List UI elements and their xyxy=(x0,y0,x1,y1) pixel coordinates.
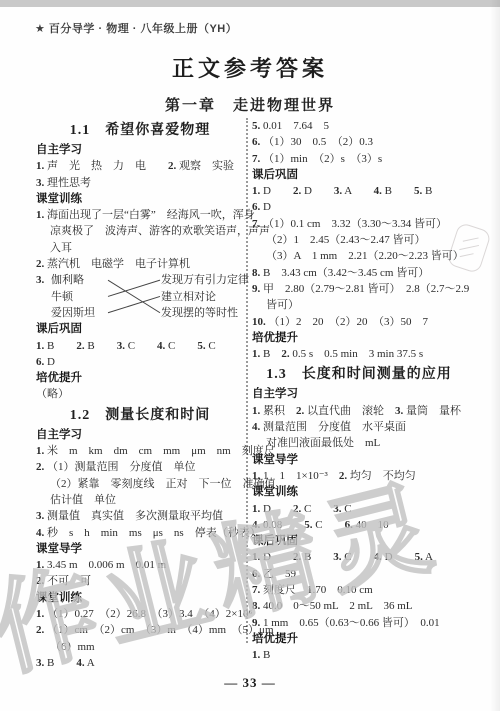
answer-line: 2. 不可 可 xyxy=(36,573,244,589)
item-number: 3. xyxy=(117,340,125,352)
answer-line: 9. 甲 2.80（2.79～2.81 皆可） 2.8（2.7～2.9 xyxy=(252,281,466,297)
match-left-label: 牛顿 xyxy=(51,289,107,305)
item-number: 5. xyxy=(414,185,422,197)
section-heading: 培优提升 xyxy=(252,631,466,647)
section-heading: 培优提升 xyxy=(36,370,244,386)
section-heading: 课后巩固 xyxy=(252,167,466,183)
answer-line: 2. （1）cm （2）cm （3）m （4）mm （5）μm xyxy=(36,622,244,638)
match-left-label: 爱因斯坦 xyxy=(51,305,107,321)
item-number: 7. xyxy=(252,584,260,596)
answer-line: 皆可） xyxy=(252,297,466,313)
subsection-title: 1.3 长度和时间测量的应用 xyxy=(252,362,466,386)
item-number: 2. xyxy=(168,160,176,172)
answer-line: （2）紧靠 零刻度线 正对 下一位 准确值 xyxy=(36,476,244,492)
item-number: 2. xyxy=(339,470,347,482)
item-number: 4. xyxy=(157,340,165,352)
answer-line: 3. 理性思考 xyxy=(36,175,244,191)
item-number: 1. xyxy=(36,160,44,172)
answer-line: 1. 3.45 m 0.006 m 0.01 m xyxy=(36,557,244,573)
answer-line: 7. （1）min （2）s （3）s xyxy=(252,151,466,167)
section-heading: 自主学习 xyxy=(36,427,244,443)
item-number: 2. xyxy=(36,624,44,636)
answer-line: 6. （1）30 0.5 （2）0.3 xyxy=(252,134,466,150)
item-number: 1. xyxy=(252,503,260,515)
section-heading: 培优提升 xyxy=(252,330,466,346)
item-number: 7. xyxy=(252,153,260,165)
item-number: 4. xyxy=(374,185,382,197)
answer-line: 1. B xyxy=(252,647,466,663)
answer-line: 1. 米 m km dm cm mm μm nm 刻度尺 xyxy=(36,443,244,459)
item-number: 5. xyxy=(415,551,423,563)
item-number: 5. xyxy=(197,340,205,352)
item-number: 6. xyxy=(252,136,260,148)
scan-top-edge xyxy=(0,0,500,7)
answer-line: 7. 刻度尺 1.70 0.10 cm xyxy=(252,582,466,598)
answer-line: 1. B 2. B 3. C 4. C 5. C xyxy=(36,338,244,354)
answer-line: 1. 声 光 热 力 电 2. 观察 实验 xyxy=(36,158,244,174)
section-heading: 自主学习 xyxy=(36,142,244,158)
item-number: 1. xyxy=(36,340,44,352)
section-heading: 课堂训练 xyxy=(36,191,244,207)
item-number: 5. xyxy=(252,120,260,132)
answer-line: 8. 40.0 0～50 mL 2 mL 36 mL xyxy=(252,598,466,614)
subsection-title: 1.2 测量长度和时间 xyxy=(36,403,244,427)
item-number: 1. xyxy=(252,348,260,360)
item-number: 3. xyxy=(36,657,44,669)
answer-line: 1. 累积 2. 以直代曲 滚轮 3. 量筒 量杯 xyxy=(252,403,466,419)
answer-line: 3. 测量值 真实值 多次测量取平均值 xyxy=(36,508,244,524)
answer-line: 2. （1）测量范围 分度值 单位 xyxy=(36,459,244,475)
answer-line: 估计值 单位 xyxy=(36,492,244,508)
item-number: 1. xyxy=(252,470,260,482)
stamp-mark xyxy=(463,237,479,241)
item-number: 8. xyxy=(252,600,260,612)
item-number: 9. xyxy=(252,283,260,295)
item-number: 2. xyxy=(281,348,289,360)
item-number: 2. xyxy=(36,258,44,270)
page-number: — 33 — xyxy=(0,675,500,691)
answer-line: 6. D xyxy=(36,354,244,370)
book-header: ★ 百分导学 · 物理 · 八年级上册（YH） xyxy=(35,20,237,36)
item-number: 2. xyxy=(293,503,301,515)
answer-line: 8. B 3.43 cm（3.42～3.45 cm 皆可） xyxy=(252,265,466,281)
section-heading: 自主学习 xyxy=(252,386,466,402)
match-left-column: 伽利略牛顿爱因斯坦 xyxy=(51,272,107,321)
item-number: 6. xyxy=(345,519,353,531)
chapter-title: 第一章 走进物理世界 xyxy=(0,94,500,115)
item-number: 9. xyxy=(252,617,260,629)
item-number: 1. xyxy=(252,551,260,563)
item-number: 2. xyxy=(296,405,304,417)
answer-line: 4. 0.08 5. C 6. 40 10 xyxy=(252,517,466,533)
subsection-title: 1.1 希望你喜爱物理 xyxy=(36,118,244,142)
answer-line: 9. 1 mm 0.65（0.63～0.66 皆可） 0.01 xyxy=(252,615,466,631)
answer-line: 3. B 4. A xyxy=(36,655,244,671)
item-number: 2. xyxy=(36,461,44,473)
answer-line: 4. 秒 s h min ms μs ns 停表（秒表） xyxy=(36,525,244,541)
match-right-label: 发现万有引力定律 xyxy=(161,272,249,288)
answer-line: （略） xyxy=(36,386,244,402)
match-right-column: 发现万有引力定律建立相对论发现摆的等时性 xyxy=(161,272,249,321)
section-heading: 课堂训练 xyxy=(36,590,244,606)
stamp-mark xyxy=(460,253,474,257)
answer-line: 1. D 2. B 3. C 4. D 5. A xyxy=(252,549,466,565)
item-number: 4. xyxy=(76,657,84,669)
page-title: 正文参考答案 xyxy=(0,52,500,83)
column-left: 1.1 希望你喜爱物理自主学习1. 声 光 热 力 电 2. 观察 实验3. 理… xyxy=(36,118,244,671)
item-number: 8. xyxy=(252,267,260,279)
answer-line: 4. 测量范围 分度值 水平桌面 xyxy=(252,419,466,435)
match-exercise: 3.伽利略牛顿爱因斯坦发现万有引力定律建立相对论发现摆的等时性 xyxy=(36,272,244,321)
match-right-label: 建立相对论 xyxy=(161,289,249,305)
match-right-label: 发现摆的等时性 xyxy=(161,305,249,321)
section-heading: 课后巩固 xyxy=(252,533,466,549)
answer-line: 1. D 2. D 3. A 4. B 5. B xyxy=(252,183,466,199)
item-number: 3. xyxy=(36,177,44,189)
item-number: 3. xyxy=(334,185,342,197)
item-number: 6. xyxy=(252,201,260,213)
answer-line: 10. （1）2 20 （2）20 （3）50 7 xyxy=(252,314,466,330)
answer-line: （3）A 1 mm 2.21（2.20～2.23 皆可） xyxy=(252,248,466,264)
item-number: 4. xyxy=(36,527,44,539)
item-number: 2. xyxy=(76,340,84,352)
answer-line: 6. D xyxy=(252,199,466,215)
item-number: 4. xyxy=(252,421,260,433)
item-number: 2. xyxy=(293,185,301,197)
answer-line: 2. 蒸汽机 电磁学 电子计算机 xyxy=(36,256,244,272)
item-number: 7. xyxy=(252,218,260,230)
item-number: 1. xyxy=(252,649,260,661)
match-left-label: 伽利略 xyxy=(51,272,107,288)
item-number: 6. xyxy=(36,356,44,368)
answer-line: 1. D 2. C 3. C xyxy=(252,501,466,517)
section-heading: 课堂导学 xyxy=(36,541,244,557)
item-number: 1. xyxy=(252,405,260,417)
section-heading: 课后巩固 xyxy=(36,321,244,337)
item-number: 3. xyxy=(36,510,44,522)
item-number: 4. xyxy=(374,551,382,563)
match-lines xyxy=(107,272,161,321)
column-divider xyxy=(246,118,248,643)
answer-line: 7. （1）0.1 cm 3.32（3.30～3.34 皆可） xyxy=(252,216,466,232)
answer-line: 5. 0.01 7.64 5 xyxy=(252,118,466,134)
answer-line: 1. （1）0.27 （2）26.8 （3）3.4 （4）2×10⁶ xyxy=(36,606,244,622)
section-heading: 课堂训练 xyxy=(252,484,466,500)
section-heading: 课堂导学 xyxy=(252,452,466,468)
item-number: 6. xyxy=(252,568,260,580)
item-number: 3. xyxy=(36,272,51,321)
item-number: 3. xyxy=(395,405,403,417)
answer-line: 1. B 2. 0.5 s 0.5 min 3 min 37.5 s xyxy=(252,346,466,362)
item-number: 2. xyxy=(293,551,301,563)
item-number: 1. xyxy=(36,209,44,221)
item-number: 1. xyxy=(36,445,44,457)
item-number: 10. xyxy=(252,316,266,328)
answer-line: 凉爽极了 波涛声、游客的欢歌笑语声，声声 xyxy=(36,223,244,239)
answer-line: 1. 海面出现了一层“白雾” 经海风一吹，浑身 xyxy=(36,207,244,223)
answer-line: （6）mm xyxy=(36,639,244,655)
item-number: 2. xyxy=(36,575,44,587)
item-number: 1. xyxy=(36,608,44,620)
item-number: 4. xyxy=(252,519,260,531)
item-number: 1. xyxy=(252,185,260,197)
answer-line: 1. 1 1 1×10⁻³ 2. 均匀 不均匀 xyxy=(252,468,466,484)
answer-line: 对准凹液面最低处 mL xyxy=(252,435,466,451)
answer-line: （2）1 2.45（2.43～2.47 皆可） xyxy=(252,232,466,248)
item-number: 1. xyxy=(36,559,44,571)
item-number: 3. xyxy=(333,551,341,563)
answer-line: 6. 乙 59 xyxy=(252,566,466,582)
column-right: 5. 0.01 7.64 56. （1）30 0.5 （2）0.37. （1）m… xyxy=(252,118,466,664)
stamp-mark xyxy=(459,245,479,250)
item-number: 3. xyxy=(333,503,341,515)
item-number: 5. xyxy=(304,519,312,531)
answer-line: 入耳 xyxy=(36,240,244,256)
